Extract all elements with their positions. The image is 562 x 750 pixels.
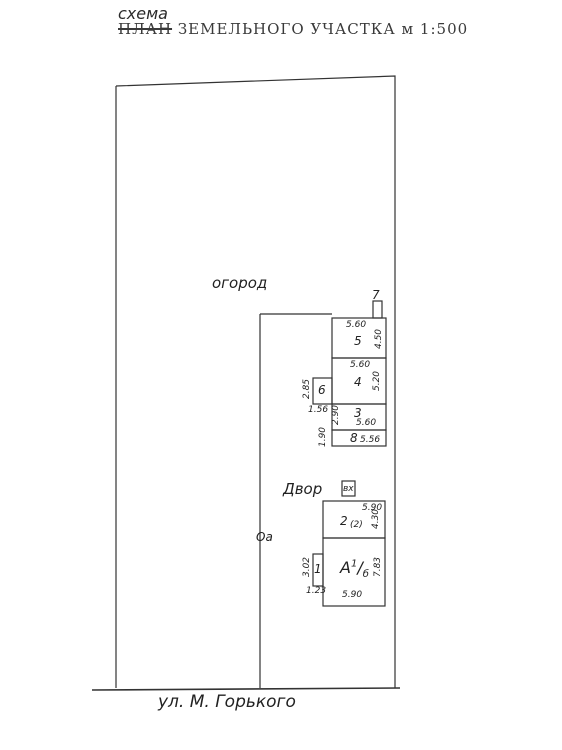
room-2-depth: 4.30 (371, 509, 381, 529)
room-a-letter: А (340, 558, 351, 577)
room-7-label: 7 (372, 288, 380, 302)
room-6-width: 1.56 (308, 405, 328, 415)
street-label: ул. М. Горького (158, 692, 296, 712)
room-8-width: 5.56 (360, 435, 380, 445)
marker-oa: Оа (256, 530, 273, 544)
room-a-depth: 7.83 (373, 557, 383, 577)
room-a-width: 5.90 (342, 590, 362, 600)
room-5-label: 5 (354, 334, 362, 348)
yard-label: Двор (283, 480, 322, 498)
room-5-depth: 4.50 (374, 329, 384, 349)
plot-drawing (0, 0, 562, 750)
room-8-label: 8 (350, 431, 358, 445)
room-4-label: 4 (354, 375, 362, 389)
entrance-label: вх (343, 484, 354, 494)
room-5-width: 5.60 (346, 320, 366, 330)
room-4-width: 5.60 (350, 360, 370, 370)
room-1-depth: 3.02 (302, 557, 312, 577)
room-a-fraction-top: 1 (351, 559, 357, 570)
room-3-width: 5.60 (356, 418, 376, 428)
room-4-depth: 5.20 (372, 371, 382, 391)
room-a-fraction-bottom: б (363, 569, 369, 580)
room-6-depth: 2.85 (302, 379, 312, 399)
room-2-sublabel: (2) (350, 520, 363, 530)
room-3-depth: 2.90 (331, 405, 341, 425)
room-6-label: 6 (318, 383, 326, 397)
room-a-label: А1/б (340, 558, 369, 580)
room-2-label: 2 (340, 514, 348, 528)
garden-label: огород (212, 274, 267, 292)
room-8-depth: 1.90 (318, 427, 328, 447)
room-1-label: 1 (314, 562, 322, 576)
room-1-width: 1.23 (306, 586, 326, 596)
